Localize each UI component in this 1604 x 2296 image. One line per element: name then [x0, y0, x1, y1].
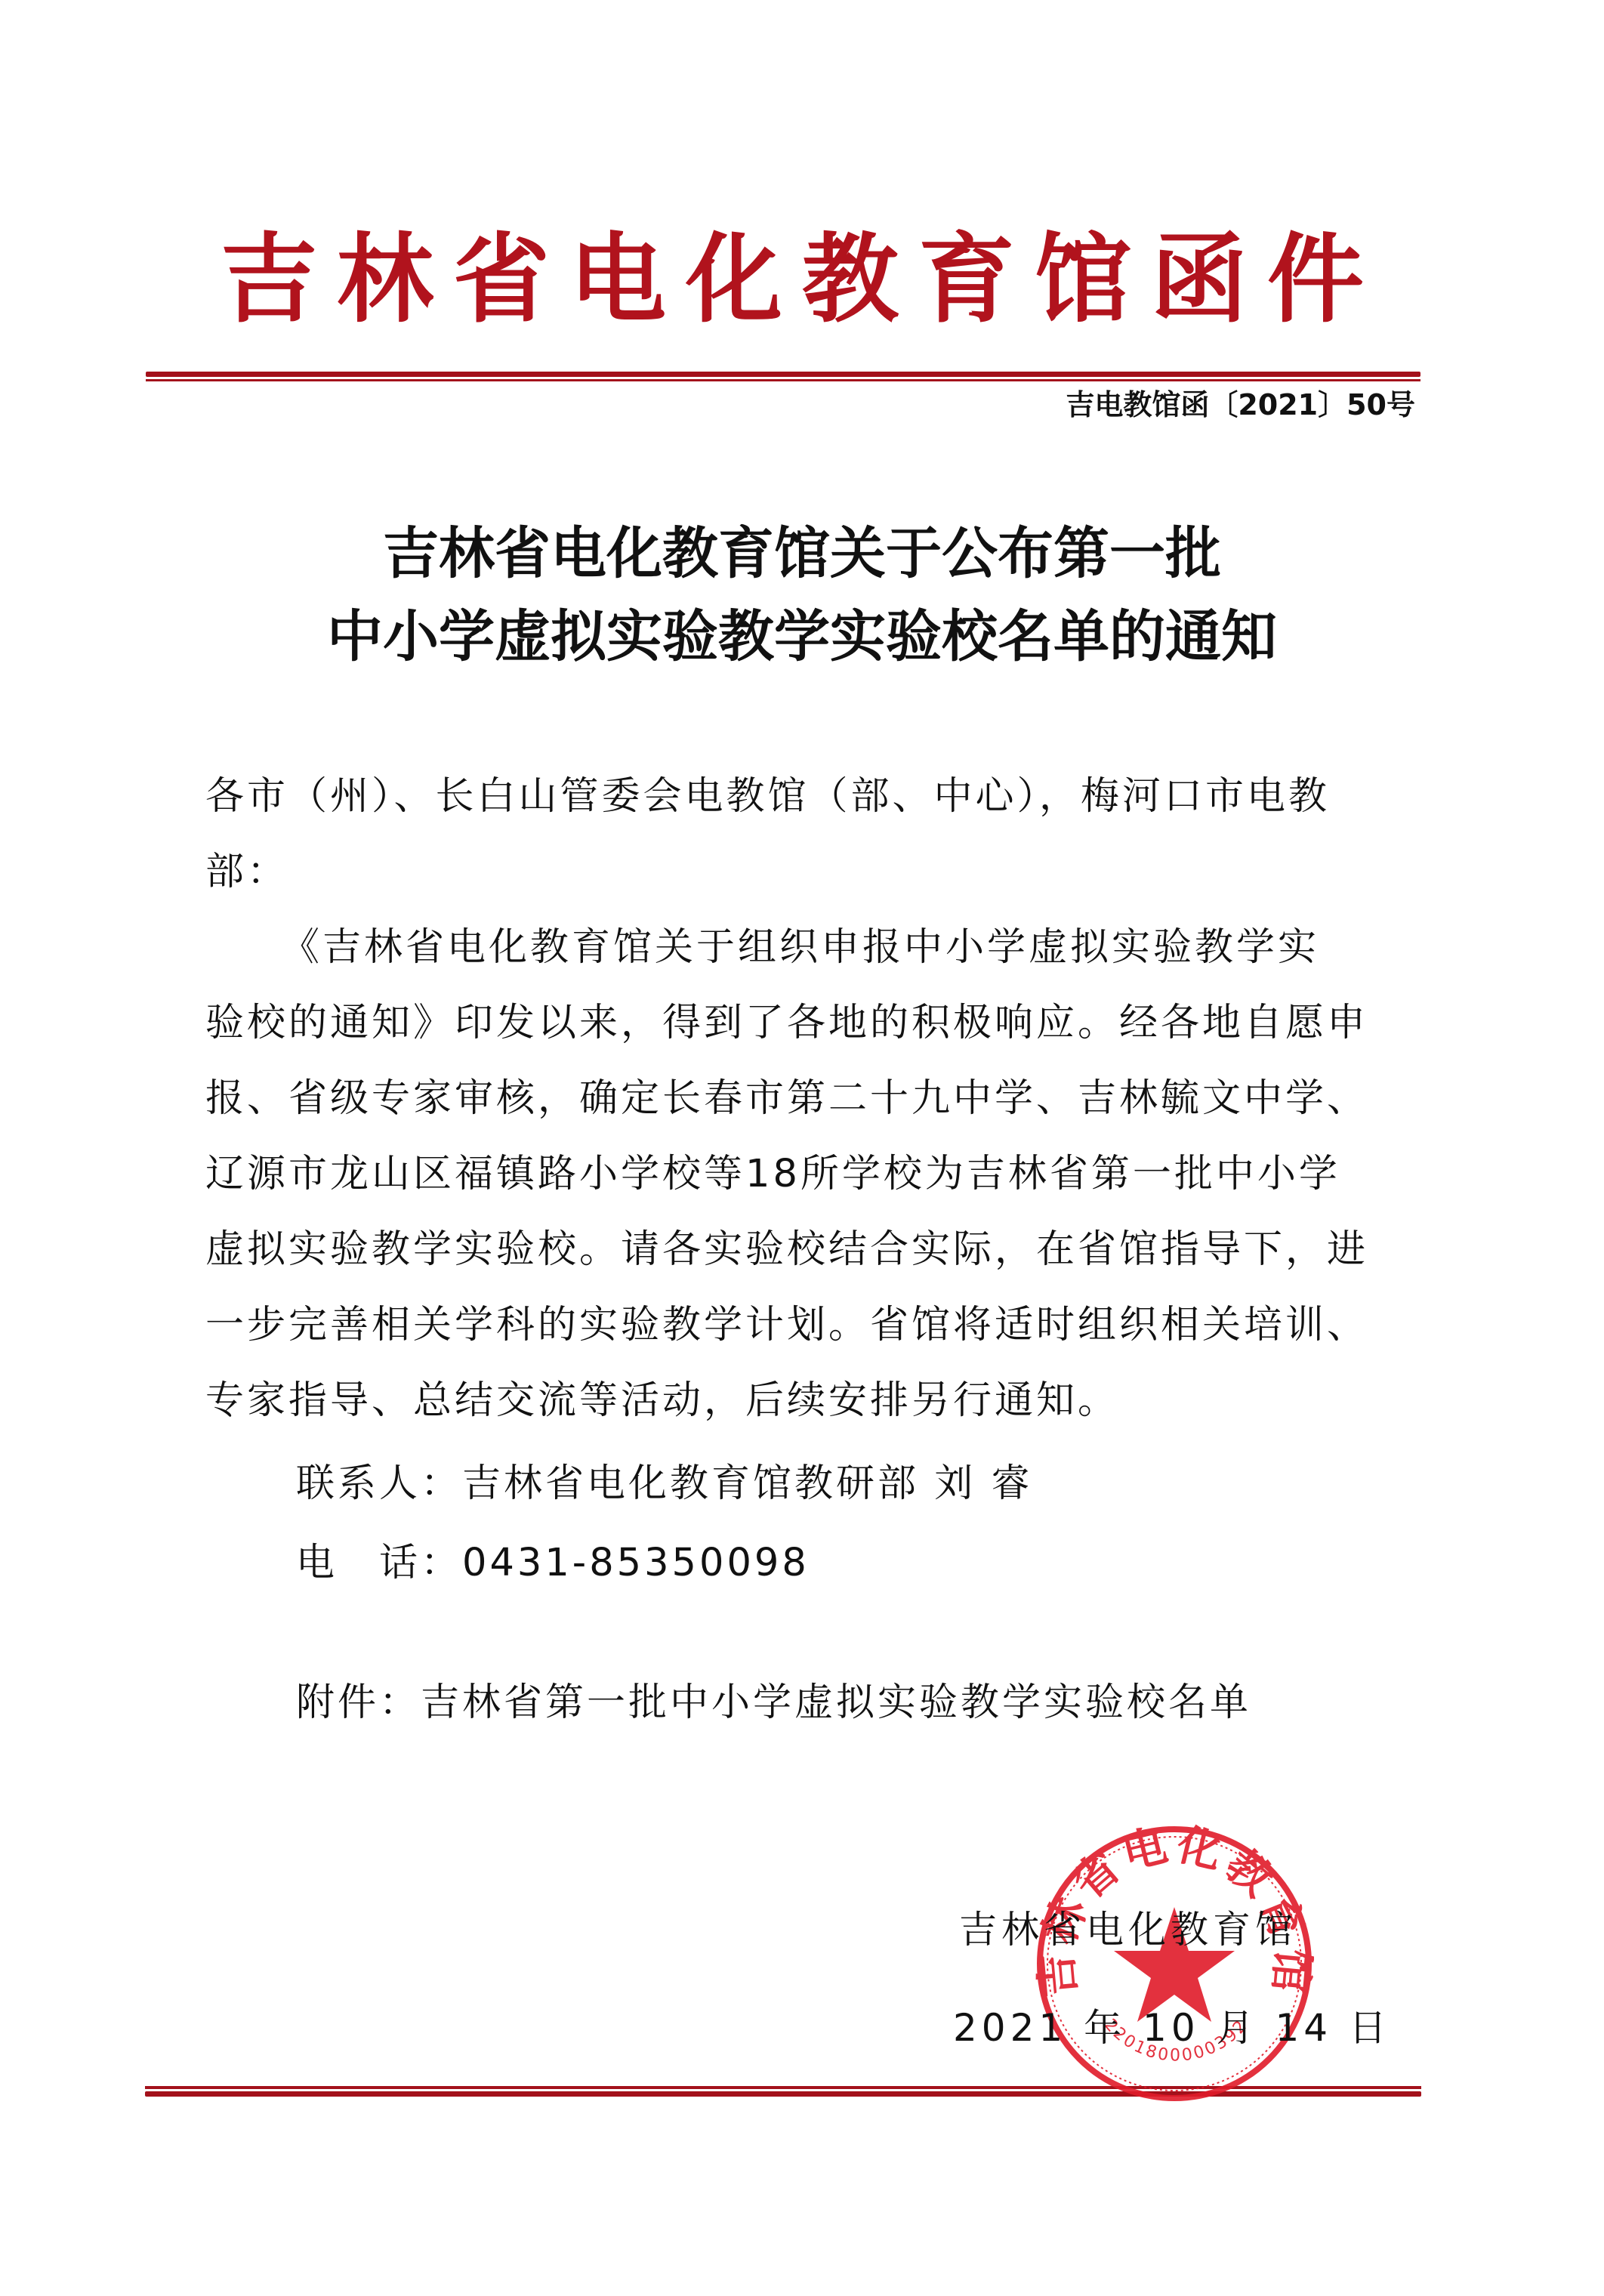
body-line: 专家指导、总结交流等活动，后续安排另行通知。: [205, 1378, 1119, 1424]
body-line: 各市（州）、长白山管委会电教馆（部、中心），梅河口市电教: [205, 774, 1330, 819]
letterhead-divider: [146, 372, 1420, 382]
body-line: 虚拟实验教学实验校。请各实验校结合实际，在省馆指导下，进: [205, 1227, 1368, 1273]
body-line: 辽源市龙山区福镇路小学校等18所学校为吉林省第一批中小学: [205, 1152, 1340, 1197]
notice-title-line-2: 中小学虚拟实验教学实验校名单的通知: [0, 599, 1604, 674]
contact-person: 联系人：吉林省电化教育馆教研部 刘 睿: [296, 1461, 1032, 1507]
contact-phone-row: 电 话：0431-85350098: [296, 1541, 810, 1586]
signature-date: 2021 年 10 月 14 日: [953, 1998, 1391, 2052]
body-line: 一步完善相关学科的实验教学计划。省馆将适时组织相关培训、: [205, 1303, 1368, 1348]
body-line: 报、省级专家审核，确定长春市第二十九中学、吉林毓文中学、: [205, 1076, 1368, 1122]
body-line: 验校的通知》印发以来，得到了各地的积极响应。经各地自愿申: [205, 1001, 1368, 1046]
signature-organization: 吉林省电化教育馆: [959, 1899, 1297, 1954]
body-line: 《吉林省电化教育馆关于组织申报中小学虚拟实验教学实: [281, 925, 1319, 971]
phone-number: 0431-85350098: [462, 1541, 810, 1585]
body-line: 部：: [205, 850, 288, 895]
attachment-line: 附件：吉林省第一批中小学虚拟实验教学实验校名单: [296, 1680, 1251, 1726]
notice-title-line-1: 吉林省电化教育馆关于公布第一批: [0, 516, 1604, 591]
phone-label: 电 话：: [296, 1541, 462, 1585]
letterhead-title: 吉林省电化教育馆函件: [0, 219, 1604, 340]
official-seal-icon: 吉林省电化教育馆 2201800000392: [1035, 1824, 1314, 2103]
document-number: 吉电教馆函〔2021〕50号: [1066, 381, 1415, 423]
